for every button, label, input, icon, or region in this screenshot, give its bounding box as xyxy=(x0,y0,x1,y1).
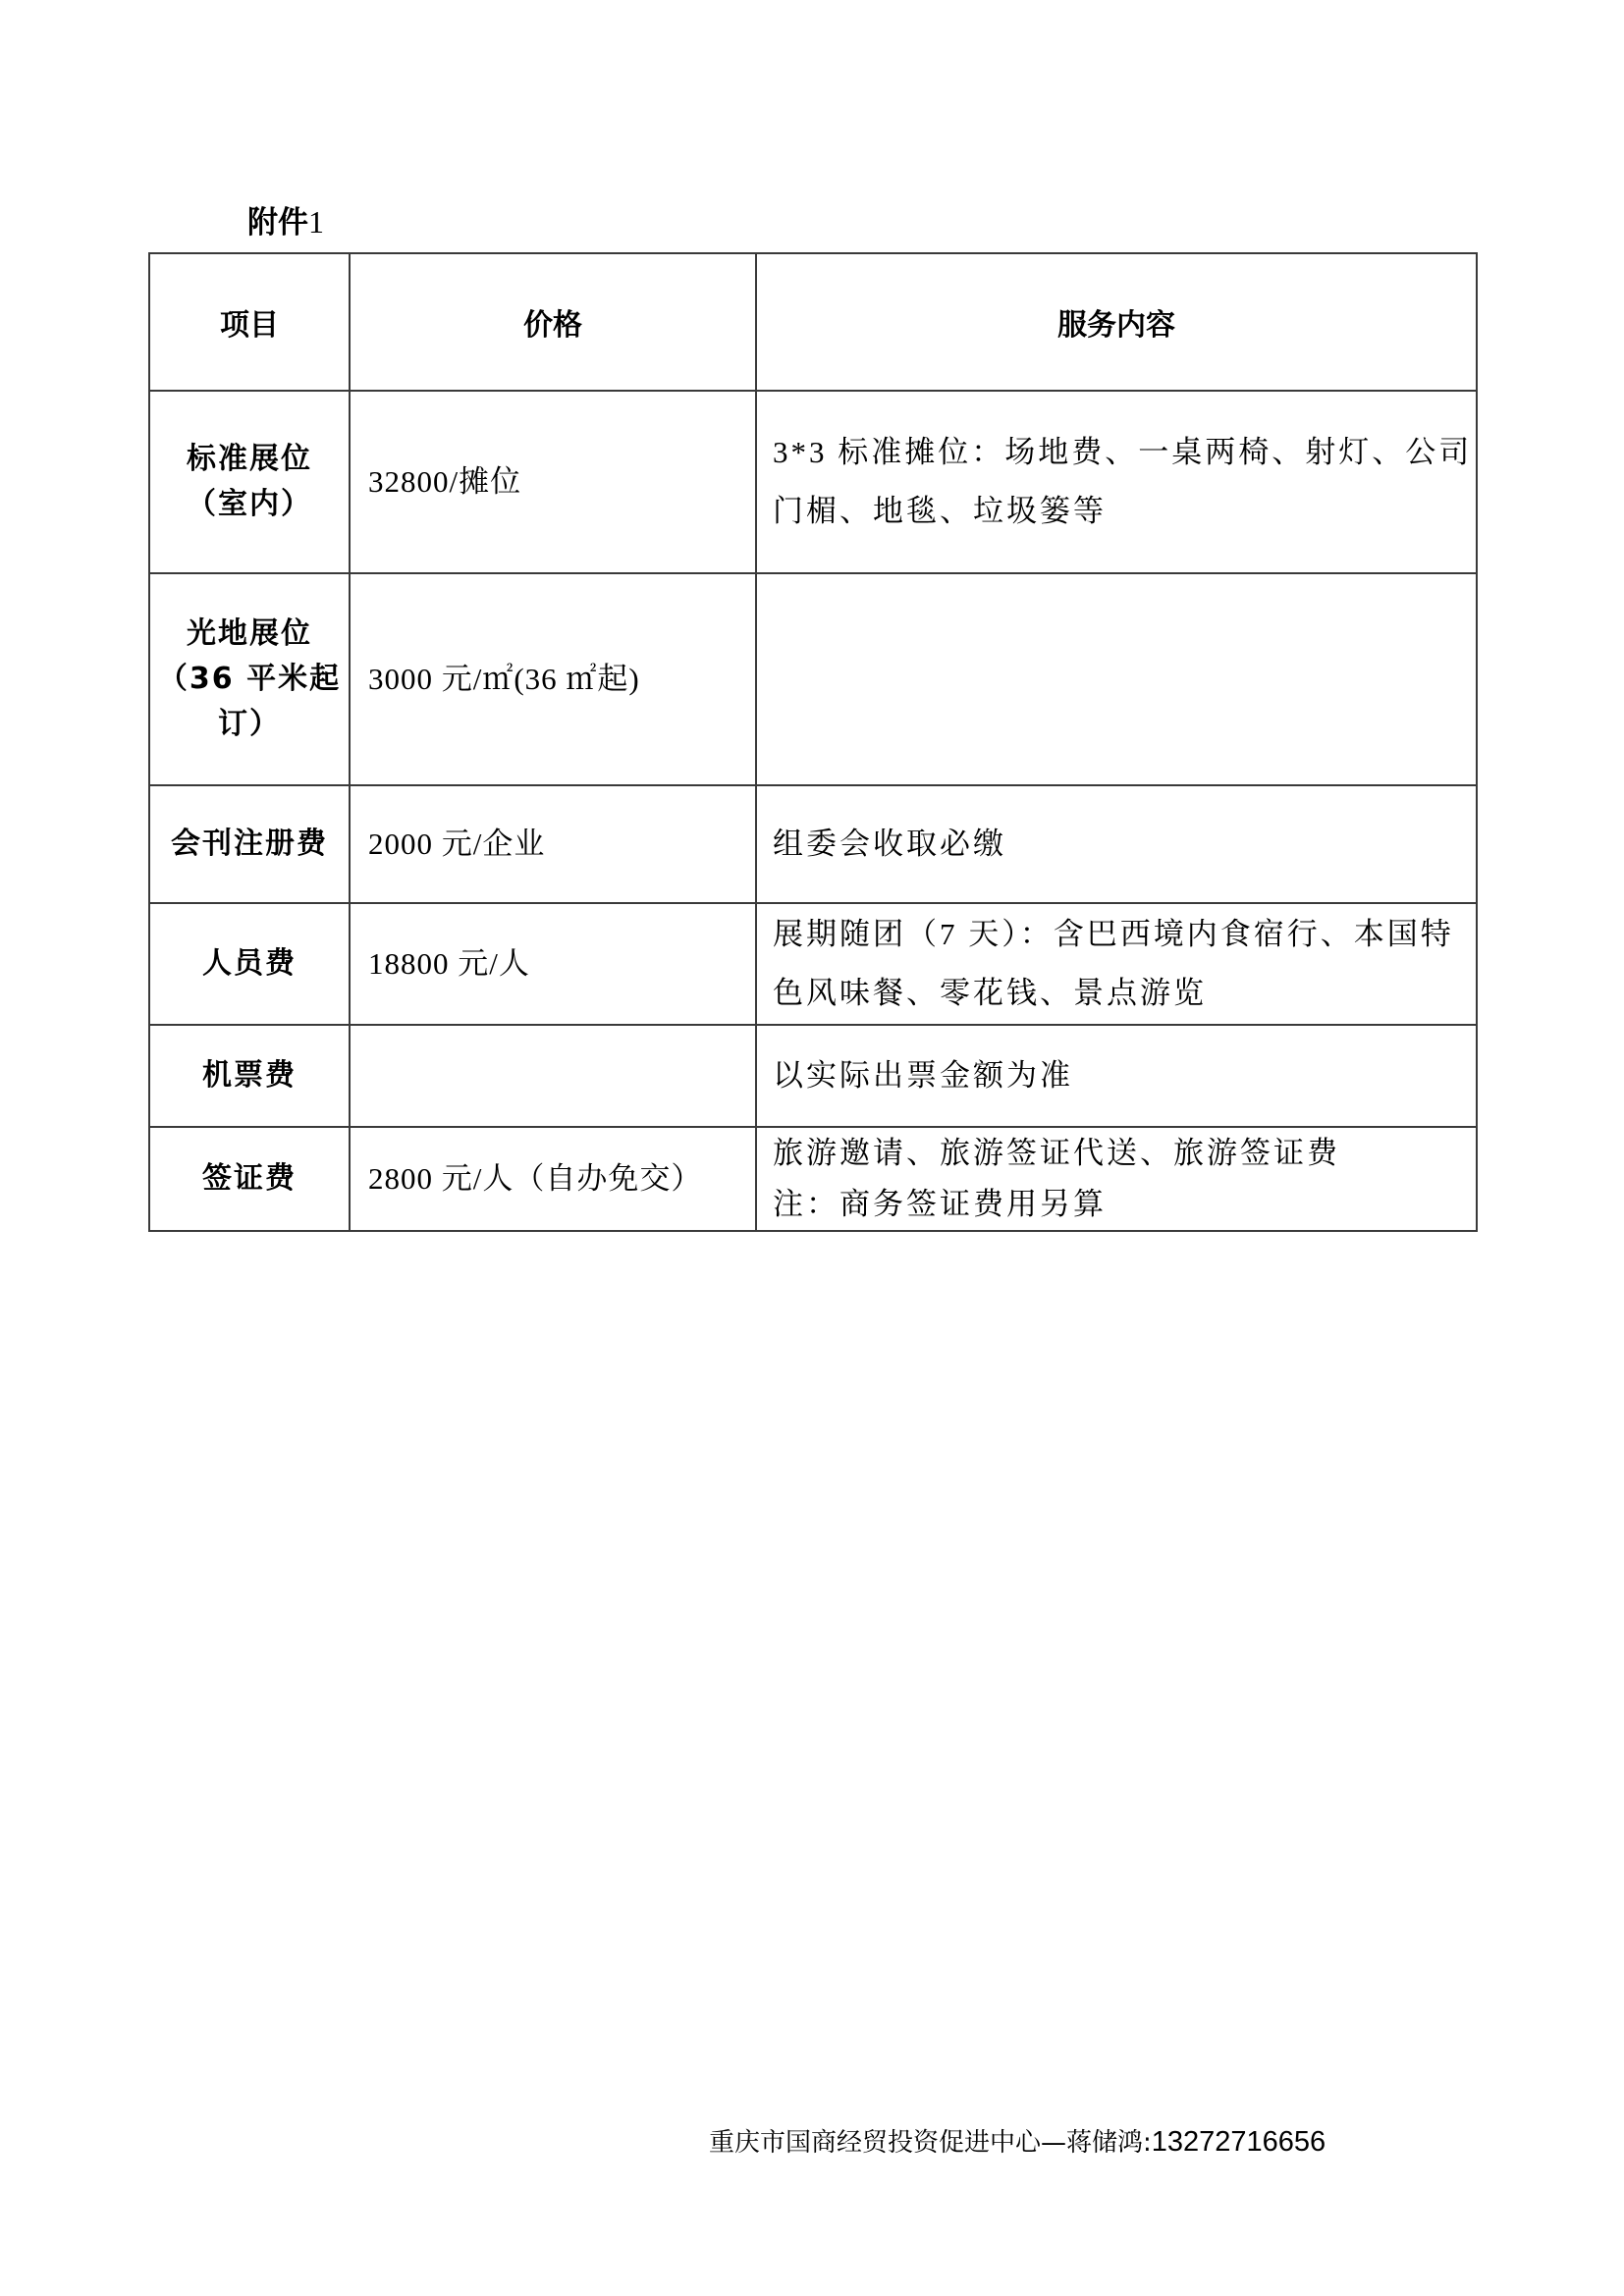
contact-organization: 重庆市国商经贸投资促进中心—蒋储鸿: xyxy=(709,2128,1152,2158)
contact-footer: 重庆市国商经贸投资促进中心—蒋储鸿:13272716656 xyxy=(709,2122,1326,2163)
service-cell: 组委会收取必缴 xyxy=(756,785,1477,903)
contact-phone: 13272716656 xyxy=(1152,2126,1326,2158)
header-item: 项目 xyxy=(149,253,350,391)
price-cell: 32800/摊位 xyxy=(350,391,756,573)
table-row-standard-booth: 标准展位 （室内） 32800/摊位 3*3 标准摊位：场地费、一桌两椅、射灯、… xyxy=(149,391,1477,573)
service-cell: 3*3 标准摊位：场地费、一桌两椅、射灯、公司 门楣、地毯、垃圾篓等 xyxy=(756,391,1477,573)
item-label-line: 机票费 xyxy=(150,1053,349,1098)
table-row-visa-fee: 签证费 2800 元/人（自办免交） 旅游邀请、旅游签证代送、旅游签证费 注：商… xyxy=(149,1127,1477,1231)
service-line: 色风味餐、零花钱、景点游览 xyxy=(773,964,1466,1023)
table-row-raw-space: 光地展位 （36 平米起 订） 3000 元/㎡(36 ㎡起) xyxy=(149,573,1477,785)
item-cell: 光地展位 （36 平米起 订） xyxy=(149,573,350,785)
attachment-title: 附件1 xyxy=(247,202,324,242)
item-cell: 标准展位 （室内） xyxy=(149,391,350,573)
item-cell: 会刊注册费 xyxy=(149,785,350,903)
service-cell xyxy=(756,573,1477,785)
header-service: 服务内容 xyxy=(756,253,1477,391)
price-cell xyxy=(350,1025,756,1127)
service-cell: 以实际出票金额为准 xyxy=(756,1025,1477,1127)
service-line: 门楣、地毯、垃圾篓等 xyxy=(773,482,1466,541)
table-row-catalog-fee: 会刊注册费 2000 元/企业 组委会收取必缴 xyxy=(149,785,1477,903)
header-price: 价格 xyxy=(350,253,756,391)
service-line: 旅游邀请、旅游签证代送、旅游签证费 xyxy=(773,1128,1466,1179)
fee-table: 项目 价格 服务内容 标准展位 （室内） 32800/摊位 3*3 标准摊位：场… xyxy=(148,252,1478,1232)
service-line: 3*3 标准摊位：场地费、一桌两椅、射灯、公司 xyxy=(773,423,1466,482)
item-cell: 机票费 xyxy=(149,1025,350,1127)
item-label-line: 标准展位 xyxy=(150,437,349,482)
price-cell: 18800 元/人 xyxy=(350,903,756,1025)
service-line: 展期随团（7 天）：含巴西境内食宿行、本国特 xyxy=(773,905,1466,964)
item-label-line: 签证费 xyxy=(150,1156,349,1201)
item-label-line: 人员费 xyxy=(150,941,349,987)
price-cell: 2000 元/企业 xyxy=(350,785,756,903)
attachment-title-prefix: 附件 xyxy=(247,205,308,240)
item-cell: 签证费 xyxy=(149,1127,350,1231)
item-label-line: 订） xyxy=(150,702,349,747)
item-label-line: 光地展位 xyxy=(150,612,349,657)
item-label-line: （36 平米起 xyxy=(150,657,349,702)
service-cell: 旅游邀请、旅游签证代送、旅游签证费 注：商务签证费用另算 xyxy=(756,1127,1477,1231)
item-cell: 人员费 xyxy=(149,903,350,1025)
table-row-airfare: 机票费 以实际出票金额为准 xyxy=(149,1025,1477,1127)
service-line: 以实际出票金额为准 xyxy=(773,1046,1466,1105)
service-cell: 展期随团（7 天）：含巴西境内食宿行、本国特 色风味餐、零花钱、景点游览 xyxy=(756,903,1477,1025)
price-cell: 3000 元/㎡(36 ㎡起) xyxy=(350,573,756,785)
table-header-row: 项目 价格 服务内容 xyxy=(149,253,1477,391)
price-cell: 2800 元/人（自办免交） xyxy=(350,1127,756,1231)
table-row-personnel-fee: 人员费 18800 元/人 展期随团（7 天）：含巴西境内食宿行、本国特 色风味… xyxy=(149,903,1477,1025)
item-label-line: （室内） xyxy=(150,482,349,527)
service-line: 注：商务签证费用另算 xyxy=(773,1179,1466,1230)
attachment-title-number: 1 xyxy=(308,204,324,240)
service-line: 组委会收取必缴 xyxy=(773,815,1466,874)
item-label-line: 会刊注册费 xyxy=(150,822,349,867)
